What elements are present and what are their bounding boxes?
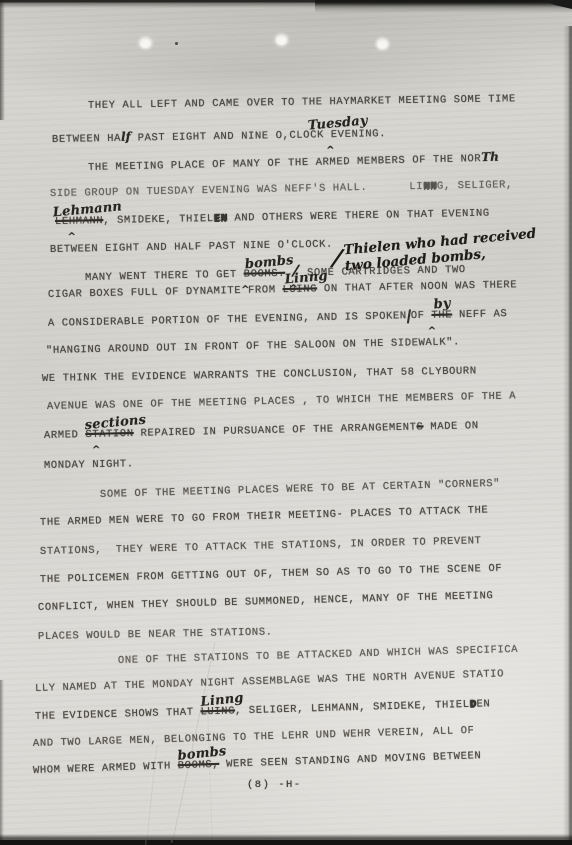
typed-text: ON THAT AFTER NOON WAS THERE	[317, 279, 517, 295]
typed-text: , SELIGER, LEHMANN, SMIDEKE, THIEL	[235, 699, 470, 718]
scan-edge-left-bottom	[0, 680, 4, 840]
document-line-18: THE POLICEMEN FROM GETTING OUT OF, THEM …	[40, 563, 503, 586]
document-line-1: THEY ALL LEFT AND CAME OVER TO THE HAYMA…	[88, 93, 516, 112]
spacer	[367, 189, 409, 190]
scan-edge-top-right	[315, 0, 572, 13]
caret-mark: ^	[428, 326, 437, 337]
typed-text: NEFF AS	[452, 308, 507, 321]
handwritten-annotation: by	[433, 296, 451, 312]
typed-text: STATIONS, THEY WERE TO ATTACK THE STATIO…	[40, 535, 482, 558]
document-line-12: AVENUE WAS ONE OF THE MEETING PLACES , T…	[47, 390, 516, 413]
typed-text: MONDAY NIGHT.	[44, 458, 134, 472]
scanned-page: THEY ALL LEFT AND CAME OVER TO THE HAYMA…	[0, 0, 572, 840]
scan-edge-left	[0, 0, 5, 120]
typed-text: PAST EIGHT AND NINE O,CLOCK	[131, 129, 324, 144]
caret-mark: ^	[92, 445, 101, 456]
document-line-3: THE MEETING PLACE OF MANY OF THE ARMED M…	[88, 150, 499, 174]
document-line-25: WHOM WERE ARMED WITH bombsBOOMS, WERE SE…	[33, 750, 482, 777]
typed-text: MADE ON	[423, 420, 478, 433]
document-line-17: STATIONS, THEY WERE TO ATTACK THE STATIO…	[40, 535, 482, 558]
typed-text: WHOM WERE ARMED WITH	[33, 760, 178, 777]
document-line-9: A CONSIDERABLE PORTION OF THE EVENING, A…	[48, 307, 508, 329]
typed-text: WE THINK THE EVIDENCE WARRANTS THE CONCL…	[42, 365, 477, 385]
typed-text: THEY ALL LEFT AND CAME OVER TO THE HAYMA…	[88, 93, 516, 112]
document-line-13: ARMED sectionsSTATION^ REPAIRED IN PURSU…	[44, 420, 479, 442]
document-line-11: WE THINK THE EVIDENCE WARRANTS THE CONCL…	[42, 365, 477, 385]
document-line-20: PLACES WOULD BE NEAR THE STATIONS.	[38, 626, 273, 643]
typed-text: CONFLICT, WHEN THEY SHOULD BE SUMMONED, …	[38, 590, 494, 614]
typed-text: LLY NAMED AT THE MONDAY NIGHT ASSEMBLAGE…	[35, 668, 504, 695]
overtyped-text: EN	[214, 213, 228, 225]
overtyped-text: NN	[423, 181, 437, 193]
text-layer: THEY ALL LEFT AND CAME OVER TO THE HAYMA…	[0, 0, 572, 840]
document-line-5: LehmannLEHMANN^, SMIDEKE, THIELEN AND OT…	[55, 208, 490, 228]
typed-text: ARMED	[44, 429, 86, 442]
typed-text: MANY WENT THERE TO GET	[85, 269, 237, 284]
document-line-10: "HANGING AROUND OUT IN FRONT OF THE SALO…	[46, 336, 460, 357]
scan-edge-bottom	[0, 834, 572, 840]
typed-text: AND TWO LARGE MEN, BELONGING TO THE LEHR…	[33, 725, 475, 750]
document-line-24: AND TWO LARGE MEN, BELONGING TO THE LEHR…	[33, 725, 475, 750]
typed-text: EN	[476, 698, 490, 710]
typed-text: CIGAR BOXES FULL OF DYNAMITE FROM	[48, 284, 283, 301]
typed-text: OF	[411, 310, 432, 322]
document-line-23: THE EVIDENCE SHOWS THAT LinngLUING, SELI…	[35, 698, 491, 723]
typed-text: SOME OF THE MEETING PLACES WERE TO BE AT…	[100, 478, 500, 501]
typed-text: LI	[409, 181, 423, 193]
typed-text: REPAIRED IN PURSUANCE OF THE ARRANGEMENT	[134, 422, 417, 440]
typed-text: "HANGING AROUND OUT IN FRONT OF THE SALO…	[46, 336, 460, 357]
caret-mark: ^	[68, 232, 77, 243]
document-line-2: BETWEEN HAlf PAST EIGHT AND NINE O,CLOCK…	[52, 125, 386, 146]
handwritten-text: lf	[121, 130, 131, 144]
document-line-14: MONDAY NIGHT.	[44, 458, 134, 472]
typed-text: ONE OF THE STATIONS TO BE ATTACKED AND W…	[118, 644, 518, 667]
typed-text: THE MEETING PLACE OF MANY OF THE ARMED M…	[88, 153, 482, 174]
document-line-4: SIDE GROUP ON TUESDAY EVENING WAS NEFF'S…	[50, 179, 513, 200]
typed-text: BETWEEN HA	[52, 133, 121, 146]
typed-text: PLACES WOULD BE NEAR THE STATIONS.	[38, 626, 273, 643]
document-line-16: THE ARMED MEN WERE TO GO FROM THEIR MEET…	[40, 504, 489, 529]
document-line-19: CONFLICT, WHEN THEY SHOULD BE SUMMONED, …	[38, 590, 494, 614]
typed-text: AVENUE WAS ONE OF THE MEETING PLACES , T…	[47, 390, 516, 413]
document-line-22: LLY NAMED AT THE MONDAY NIGHT ASSEMBLAGE…	[35, 668, 504, 695]
handwritten-text: Th	[481, 150, 499, 164]
typed-text: WERE SEEN STANDING AND MOVING BETWEEN	[219, 750, 482, 771]
document-line-15: SOME OF THE MEETING PLACES WERE TO BE AT…	[100, 478, 500, 501]
typed-text: , SMIDEKE, THIEL	[103, 213, 214, 227]
document-line-21: ONE OF THE STATIONS TO BE ATTACKED AND W…	[118, 644, 518, 667]
typed-text: THE POLICEMEN FROM GETTING OUT OF, THEM …	[40, 563, 503, 586]
typed-text: AND OTHERS WERE THERE ON THAT EVENING	[227, 208, 489, 225]
page-number-footer: (8) -H-	[247, 779, 302, 791]
typed-text: SIDE GROUP ON TUESDAY EVENING WAS NEFF'S…	[50, 182, 368, 200]
typed-text: THE ARMED MEN WERE TO GO FROM THEIR MEET…	[40, 504, 489, 529]
typed-text: THE EVIDENCE SHOWS THAT	[35, 706, 201, 723]
typed-text: A CONSIDERABLE PORTION OF THE EVENING, A…	[48, 310, 407, 330]
typed-text: G, SELIGER,	[437, 179, 513, 192]
scan-edge-right	[563, 26, 572, 840]
